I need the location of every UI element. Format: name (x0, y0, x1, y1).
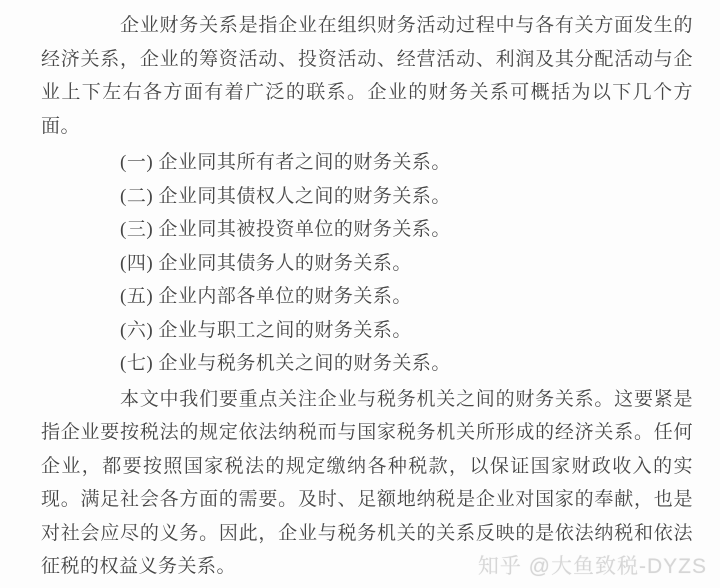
list-item-5: (五) 企业内部各单位的财务关系。 (41, 280, 693, 314)
document-page: 企业财务关系是指企业在组织财务活动过程中与各有关方面发生的经济关系，企业的筹资活… (0, 0, 720, 584)
list-item-6: (六) 企业与职工之间的财务关系。 (41, 314, 693, 348)
paragraph-tax-authority-focus: 本文中我们要重点关注企业与税务机关之间的财务关系。这要紧是指企业要按税法的规定依… (41, 383, 693, 584)
list-item-2: (二) 企业同其债权人之间的财务关系。 (41, 180, 693, 214)
list-item-3: (三) 企业同其被投资单位的财务关系。 (41, 213, 693, 247)
paragraph-financial-relations-intro: 企业财务关系是指企业在组织财务活动过程中与各有关方面发生的经济关系，企业的筹资活… (41, 9, 693, 143)
list-item-7: (七) 企业与税务机关之间的财务关系。 (41, 347, 693, 381)
financial-relations-list: (一) 企业同其所有者之间的财务关系。 (二) 企业同其债权人之间的财务关系。 … (41, 146, 693, 381)
zhihu-watermark: 知乎 @大鱼致税-DYZS (478, 555, 707, 579)
list-item-4: (四) 企业同其债务人的财务关系。 (41, 247, 693, 281)
list-item-1: (一) 企业同其所有者之间的财务关系。 (41, 146, 693, 180)
